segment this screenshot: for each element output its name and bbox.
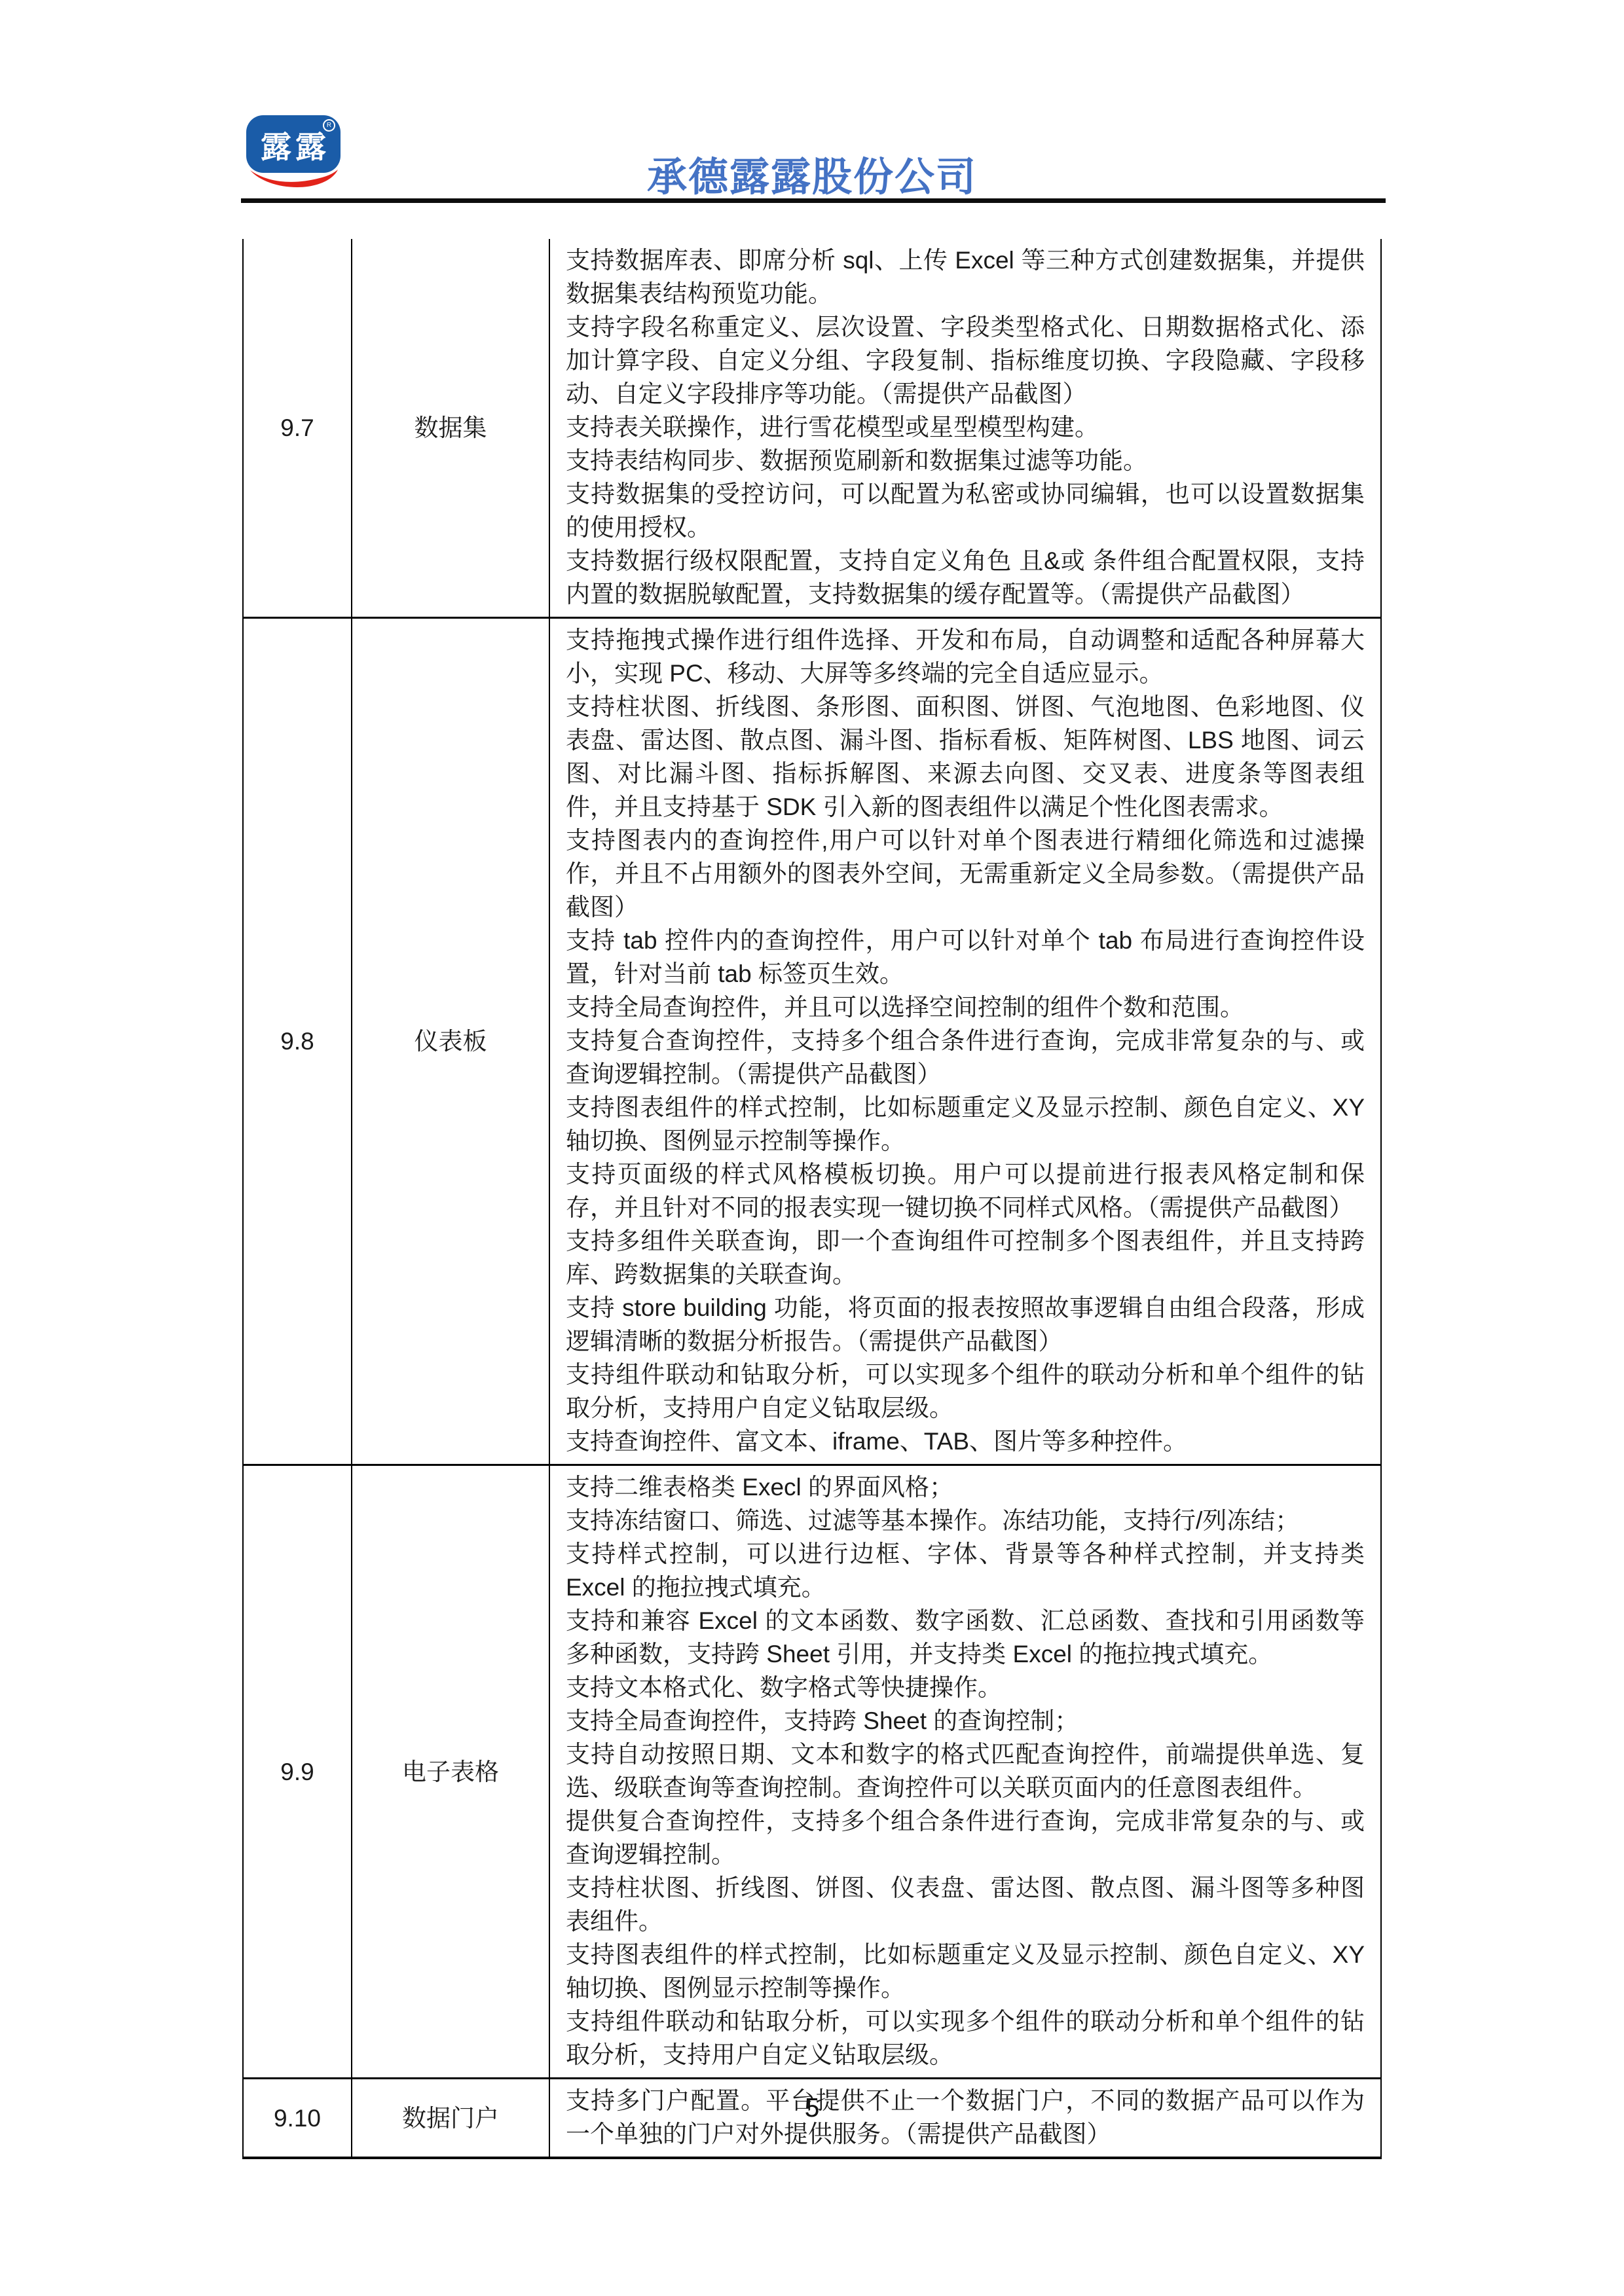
requirement-paragraph: 支持冻结窗口、筛选、过滤等基本操作。冻结功能，支持行/列冻结；	[566, 1504, 1365, 1537]
requirement-paragraph: 支持组件联动和钻取分析，可以实现多个组件的联动分析和单个组件的钻取分析，支持用户…	[566, 2005, 1365, 2071]
requirement-paragraph: 支持图表组件的样式控制，比如标题重定义及显示控制、颜色自定义、XY 轴切换、图例…	[566, 1938, 1365, 2005]
row-id-cell: 9.9	[244, 1466, 352, 2077]
category-cell: 电子表格	[352, 1466, 550, 2077]
requirement-paragraph: 支持复合查询控件，支持多个组合条件进行查询，完成非常复杂的与、或查询逻辑控制。（…	[566, 1024, 1365, 1091]
requirement-paragraph: 支持数据库表、即席分析 sql、上传 Excel 等三种方式创建数据集，并提供数…	[566, 244, 1365, 310]
registered-mark-icon: R	[323, 119, 335, 132]
details-cell: 支持数据库表、即席分析 sql、上传 Excel 等三种方式创建数据集，并提供数…	[550, 239, 1380, 617]
details-cell: 支持拖拽式操作进行组件选择、开发和布局，自动调整和适配各种屏幕大小，实现 PC、…	[550, 619, 1380, 1464]
requirement-paragraph: 支持文本格式化、数字格式等快捷操作。	[566, 1671, 1365, 1704]
requirement-paragraph: 支持表关联操作，进行雪花模型或星型模型构建。	[566, 410, 1365, 444]
row-id-cell: 9.8	[244, 619, 352, 1464]
requirement-paragraph: 支持多组件关联查询，即一个查询组件可控制多个图表组件，并且支持跨库、跨数据集的关…	[566, 1224, 1365, 1291]
requirement-paragraph: 支持和兼容 Excel 的文本函数、数字函数、汇总函数、查找和引用函数等多种函数…	[566, 1604, 1365, 1671]
details-cell: 支持二维表格类 Execl 的界面风格；支持冻结窗口、筛选、过滤等基本操作。冻结…	[550, 1466, 1380, 2077]
requirement-paragraph: 支持数据集的受控访问，可以配置为私密或协同编辑，也可以设置数据集的使用授权。	[566, 477, 1365, 544]
requirement-paragraph: 支持拖拽式操作进行组件选择、开发和布局，自动调整和适配各种屏幕大小，实现 PC、…	[566, 623, 1365, 690]
requirement-paragraph: 支持图表内的查询控件,用户可以针对单个图表进行精细化筛选和过滤操作，并且不占用额…	[566, 824, 1365, 924]
requirement-paragraph: 支持组件联动和钻取分析，可以实现多个组件的联动分析和单个组件的钻取分析，支持用户…	[566, 1358, 1365, 1425]
table-row: 9.9 电子表格 支持二维表格类 Execl 的界面风格；支持冻结窗口、筛选、过…	[244, 1466, 1380, 2079]
page-title: 承德露露股份公司	[0, 145, 1624, 202]
requirement-paragraph: 支持 store building 功能，将页面的报表按照故事逻辑自由组合段落，…	[566, 1291, 1365, 1358]
requirement-paragraph: 支持柱状图、折线图、条形图、面积图、饼图、气泡地图、色彩地图、仪表盘、雷达图、散…	[566, 690, 1365, 824]
requirements-table: 9.7 数据集 支持数据库表、即席分析 sql、上传 Excel 等三种方式创建…	[242, 239, 1382, 2159]
table-row: 9.7 数据集 支持数据库表、即席分析 sql、上传 Excel 等三种方式创建…	[244, 239, 1380, 619]
requirement-paragraph: 支持页面级的样式风格模板切换。用户可以提前进行报表风格定制和保存，并且针对不同的…	[566, 1157, 1365, 1224]
page-number: 5	[0, 2092, 1624, 2123]
requirement-paragraph: 支持图表组件的样式控制，比如标题重定义及显示控制、颜色自定义、XY 轴切换、图例…	[566, 1091, 1365, 1157]
requirement-paragraph: 提供复合查询控件，支持多个组合条件进行查询，完成非常复杂的与、或查询逻辑控制。	[566, 1804, 1365, 1871]
table-row: 9.8 仪表板 支持拖拽式操作进行组件选择、开发和布局，自动调整和适配各种屏幕大…	[244, 619, 1380, 1466]
requirement-paragraph: 支持字段名称重定义、层次设置、字段类型格式化、日期数据格式化、添加计算字段、自定…	[566, 310, 1365, 410]
requirement-paragraph: 支持二维表格类 Execl 的界面风格；	[566, 1470, 1365, 1504]
requirement-paragraph: 支持柱状图、折线图、饼图、仪表盘、雷达图、散点图、漏斗图等多种图表组件。	[566, 1871, 1365, 1938]
requirement-paragraph: 支持表结构同步、数据预览刷新和数据集过滤等功能。	[566, 444, 1365, 477]
category-cell: 仪表板	[352, 619, 550, 1464]
requirement-paragraph: 支持查询控件、富文本、iframe、TAB、图片等多种控件。	[566, 1425, 1365, 1458]
category-cell: 数据集	[352, 239, 550, 617]
row-id-cell: 9.7	[244, 239, 352, 617]
requirement-paragraph: 支持全局查询控件，支持跨 Sheet 的查询控制；	[566, 1704, 1365, 1738]
requirement-paragraph: 支持自动按照日期、文本和数字的格式匹配查询控件，前端提供单选、复选、级联查询等查…	[566, 1738, 1365, 1804]
requirement-paragraph: 支持 tab 控件内的查询控件，用户可以针对单个 tab 布局进行查询控件设置，…	[566, 924, 1365, 991]
requirement-paragraph: 支持全局查询控件，并且可以选择空间控制的组件个数和范围。	[566, 991, 1365, 1024]
document-page: 露露 R 承德露露股份公司 9.7 数据集 支持数据库表、即席分析 sql、上传…	[0, 0, 1624, 2296]
header-rule	[241, 198, 1386, 203]
requirement-paragraph: 支持样式控制，可以进行边框、字体、背景等各种样式控制，并支持类 Excel 的拖…	[566, 1537, 1365, 1604]
requirement-paragraph: 支持数据行级权限配置，支持自定义角色 且&或 条件组合配置权限，支持内置的数据脱…	[566, 544, 1365, 611]
